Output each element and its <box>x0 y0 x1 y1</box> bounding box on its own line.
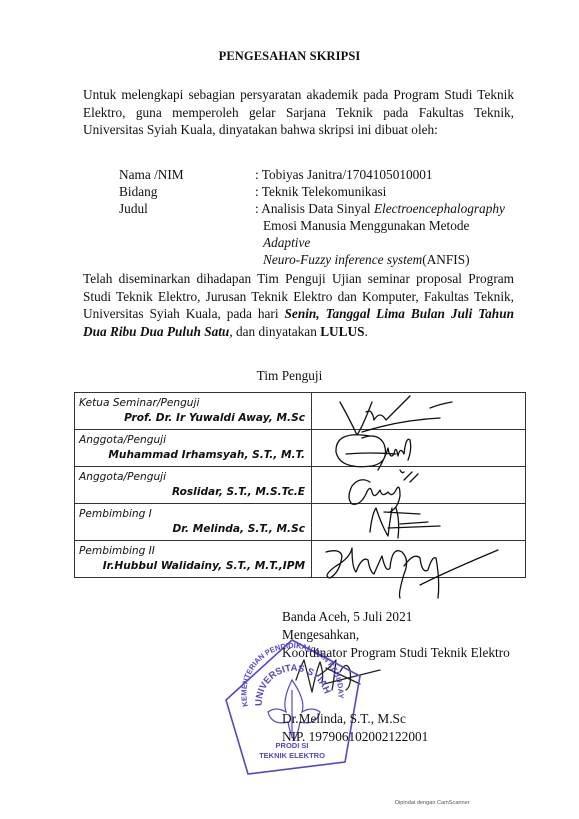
scanner-watermark: Dipindai dengan CamScanner <box>395 800 470 806</box>
coordinator-nip: NIP. 197906102002122001 <box>282 728 428 746</box>
approval-label: Mengesahkan, <box>282 626 359 644</box>
coordinator-position: Koordinator Program Studi Teknik Elektro <box>282 644 510 662</box>
stamp-outer-text: KEMENTERIAN PENDIDIKAN DAN KEBUDAYAAN <box>0 0 346 708</box>
stamp-department-text: TEKNIK ELEKTRO <box>259 751 325 760</box>
place-date: Banda Aceh, 5 Juli 2021 <box>282 608 412 626</box>
stamp-university-text: UNIVERSITAS SYIAH KUALA <box>0 0 333 706</box>
prodi-stamp: KEMENTERIAN PENDIDIKAN DAN KEBUDAYAAN UN… <box>0 0 579 819</box>
coordinator-name: Dr.Melinda, S.T., M.Sc <box>282 710 406 728</box>
